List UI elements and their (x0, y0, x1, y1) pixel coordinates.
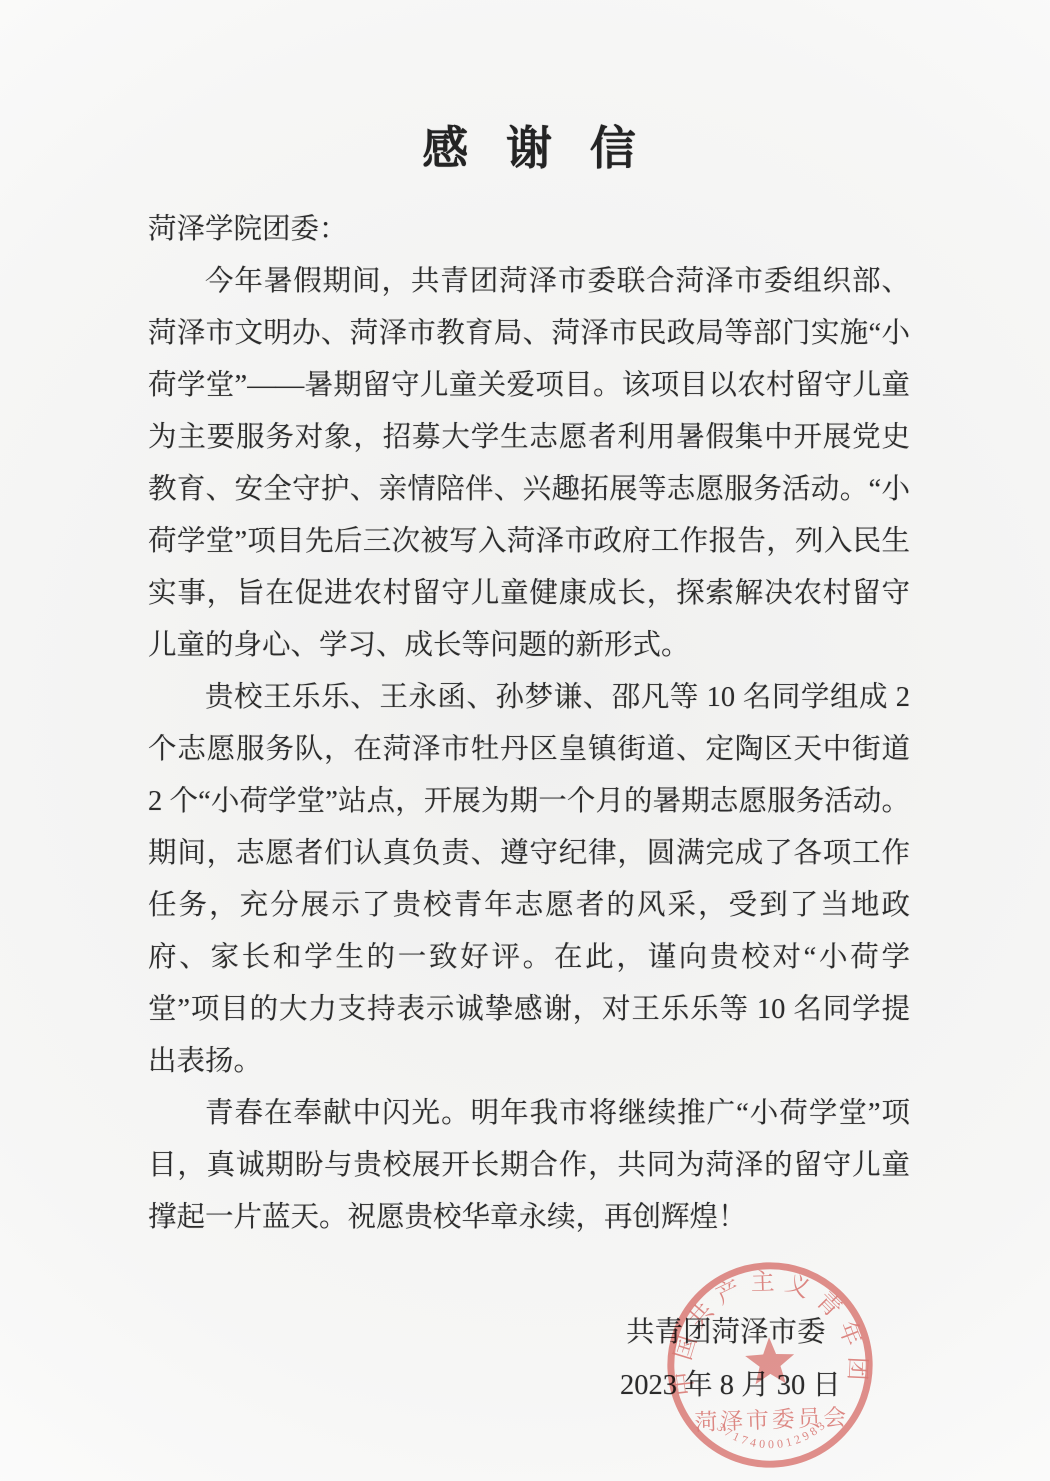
paragraph-3: 青春在奉献中闪光。明年我市将继续推广“小荷学堂”项目，真诚期盼与贵校展开长期合作… (148, 1088, 910, 1244)
letter-content: 感谢信 菏泽学院团委： 今年暑假期间，共青团菏泽市委联合菏泽市委组织部、菏泽市文… (148, 0, 910, 1412)
paragraph-2: 贵校王乐乐、王永函、孙梦谦、邵凡等 10 名同学组成 2 个志愿服务队，在菏泽市… (148, 672, 910, 1088)
seal-arc-title: 中国共产主义青年团 (665, 1265, 872, 1397)
official-seal: 中国共产主义青年团 菏泽市委员会 3717400012983 (647, 1242, 893, 1481)
letter-title: 感谢信 (148, 112, 910, 178)
paragraph-1: 今年暑假期间，共青团菏泽市委联合菏泽市委组织部、菏泽市文明办、菏泽市教育局、菏泽… (148, 256, 910, 672)
star-icon (745, 1336, 796, 1384)
letter-page: 感谢信 菏泽学院团委： 今年暑假期间，共青团菏泽市委联合菏泽市委组织部、菏泽市文… (0, 0, 1050, 1481)
salutation: 菏泽学院团委： (148, 204, 910, 256)
